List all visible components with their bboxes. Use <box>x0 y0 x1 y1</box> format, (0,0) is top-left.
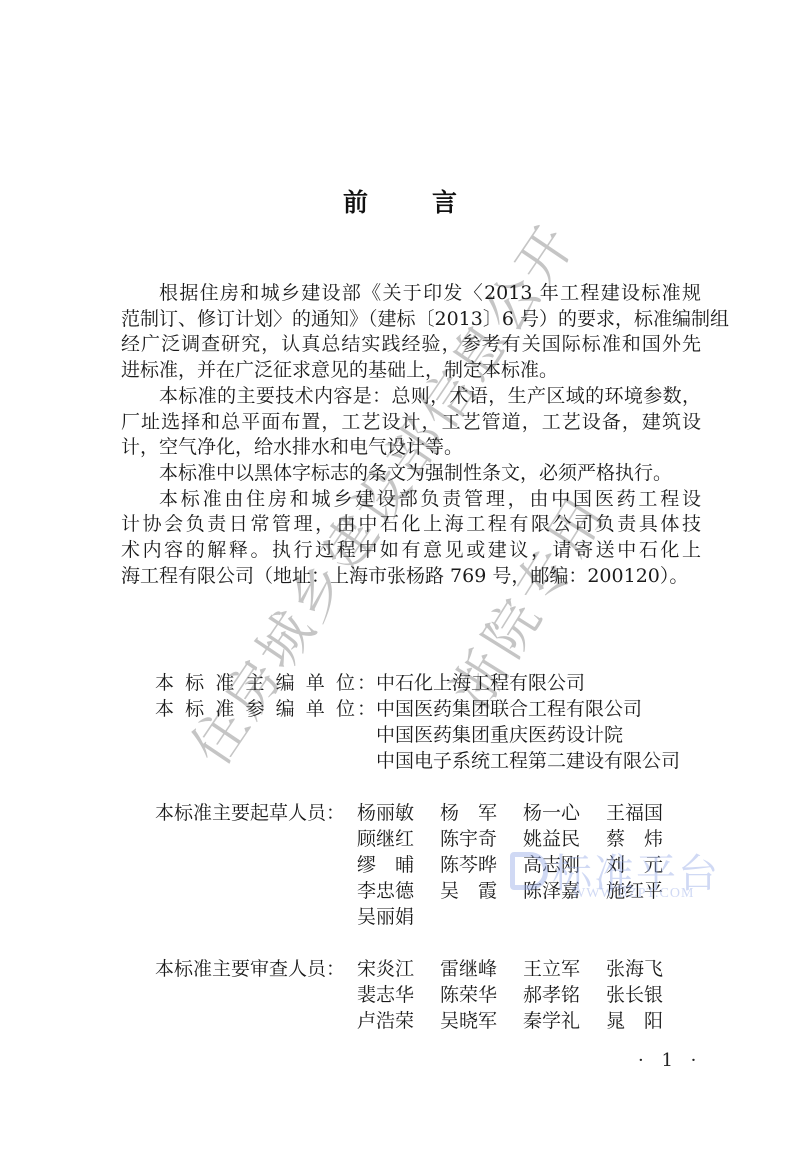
person-name: 宋炎江 <box>357 956 414 982</box>
text-line: 厂址选择和总平面布置，工艺设计，工艺管道，工艺设备，建筑设 <box>121 410 701 436</box>
label-char: 参 <box>245 696 264 722</box>
person-name: 陈荣华 <box>440 982 497 1008</box>
paragraph-2: 本标准的主要技术内容是：总则，术语，生产区域的环境参数， 厂址选择和总平面布置，… <box>121 384 701 461</box>
participating-unit-row: 中国电子系统工程第二建设有限公司 <box>155 748 715 774</box>
unit-name: 中石化上海工程有限公司 <box>376 672 585 694</box>
person-name: 王立军 <box>523 956 580 982</box>
chief-unit-value: ：中石化上海工程有限公司 <box>355 670 585 696</box>
person-name: 高志刚 <box>523 852 580 878</box>
text-line: 范制订、修订计划〉的通知》（建标〔2013〕6 号）的要求，标准编制组 <box>121 307 701 333</box>
person-name: 蔡 炜 <box>606 826 663 852</box>
person-name: 郝孝铭 <box>523 982 580 1008</box>
reviewers-label: 本标准主要审查人员： <box>155 956 357 982</box>
reviewers-list: 本标准主要审查人员： 宋炎江 雷继峰 王立军 张海飞 裴志华 陈荣华 郝孝铭 张… <box>155 956 689 1034</box>
person-name: 李忠德 <box>357 878 414 904</box>
label-char: 本 <box>155 670 174 696</box>
participating-unit-row: 本 标 准 参 编 单 位 ：中国医药集团联合工程有限公司 <box>155 696 715 722</box>
text-line: 计，空气净化，给水排水和电气设计等。 <box>121 435 701 461</box>
person-name: 雷继峰 <box>440 956 497 982</box>
document-page: 住房城乡建设部信息公开 浙院专用 前言 根据住房和城乡建设部《关于印发〈2013… <box>0 0 800 1159</box>
person-name: 刘 元 <box>606 852 663 878</box>
person-name: 杨 军 <box>440 800 497 826</box>
person-name: 顾继红 <box>357 826 414 852</box>
editing-units: 本 标 准 主 编 单 位 ：中石化上海工程有限公司 本 标 准 参 编 单 位… <box>155 670 715 774</box>
text-line: 本标准由住房和城乡建设部负责管理，由中国医药工程设 <box>121 487 701 513</box>
label-char: 单 <box>306 670 325 696</box>
label-char: 编 <box>276 696 295 722</box>
label-char: 标 <box>185 696 204 722</box>
person-name: 吴丽娟 <box>357 904 414 930</box>
person-name: 卢浩荣 <box>357 1008 414 1034</box>
paragraph-3: 本标准中以黑体字标志的条文为强制性条文，必须严格执行。 <box>121 461 701 487</box>
participating-unit-row: 中国医药集团重庆医药设计院 <box>155 722 715 748</box>
person-name: 裴志华 <box>357 982 414 1008</box>
person-name: 晁 阳 <box>606 1008 663 1034</box>
chief-unit-label: 本 标 准 主 编 单 位 <box>155 670 355 696</box>
label-char: 位 <box>336 696 355 722</box>
person-name: 张海飞 <box>606 956 663 982</box>
label-char: 主 <box>245 670 264 696</box>
person-name: 秦学礼 <box>523 1008 580 1034</box>
page-number: · 1 · <box>638 1050 702 1071</box>
logo-url: WWW.BZPT.COM <box>572 886 694 902</box>
person-name: 张长银 <box>606 982 663 1008</box>
unit-name: 中国医药集团联合工程有限公司 <box>376 698 642 720</box>
label-char: 编 <box>276 670 295 696</box>
person-name: 陈宇奇 <box>440 826 497 852</box>
text-line: 经广泛调查研究，认真总结实践经验，参考有关国际标准和国外先 <box>121 332 701 358</box>
label-char: 准 <box>215 670 234 696</box>
person-name: 王福国 <box>606 800 663 826</box>
person-name: 吴 霞 <box>440 878 497 904</box>
paragraph-4: 本标准由住房和城乡建设部负责管理，由中国医药工程设 计协会负责日常管理，由中石化… <box>121 487 701 590</box>
text-line: 计协会负责日常管理，由中石化上海工程有限公司负责具体技 <box>121 512 701 538</box>
person-name: 杨一心 <box>523 800 580 826</box>
person-name: 陈芩晔 <box>440 852 497 878</box>
person-name: 杨丽敏 <box>357 800 414 826</box>
person-name: 吴晓军 <box>440 1008 497 1034</box>
text-line: 根据住房和城乡建设部《关于印发〈2013 年工程建设标准规 <box>121 281 701 307</box>
person-name: 姚益民 <box>523 826 580 852</box>
participating-unit-label: 本 标 准 参 编 单 位 <box>155 696 355 722</box>
chief-unit-row: 本 标 准 主 编 单 位 ：中石化上海工程有限公司 <box>155 670 715 696</box>
paragraph-1: 根据住房和城乡建设部《关于印发〈2013 年工程建设标准规 范制订、修订计划〉的… <box>121 281 701 384</box>
drafters-list: 本标准主要起草人员： 杨丽敏 杨 军 杨一心 王福国 顾继红 陈宇奇 姚益民 蔡… <box>155 800 689 930</box>
label-char: 单 <box>306 696 325 722</box>
drafters-label: 本标准主要起草人员： <box>155 800 357 826</box>
text-line: 进标准，并在广泛征求意见的基础上，制定本标准。 <box>121 358 701 384</box>
label-char: 位 <box>336 670 355 696</box>
unit-name: 中国电子系统工程第二建设有限公司 <box>376 750 680 772</box>
text-line: 本标准中以黑体字标志的条文为强制性条文，必须严格执行。 <box>121 461 701 487</box>
label-char: 准 <box>215 696 234 722</box>
page-title: 前言 <box>0 183 800 219</box>
text-line: 本标准的主要技术内容是：总则，术语，生产区域的环境参数， <box>121 384 701 410</box>
text-line: 术内容的解释。执行过程中如有意见或建议，请寄送中石化上 <box>121 538 701 564</box>
label-char: 标 <box>185 670 204 696</box>
text-line: 海工程有限公司（地址：上海市张杨路 769 号，邮编：200120）。 <box>121 564 701 590</box>
unit-name: 中国医药集团重庆医药设计院 <box>376 724 623 746</box>
participating-unit-value: ：中国医药集团联合工程有限公司 <box>355 696 642 722</box>
person-name: 缪 晡 <box>357 852 414 878</box>
preface-body: 根据住房和城乡建设部《关于印发〈2013 年工程建设标准规 范制订、修订计划〉的… <box>121 281 701 589</box>
label-char: 本 <box>155 696 174 722</box>
